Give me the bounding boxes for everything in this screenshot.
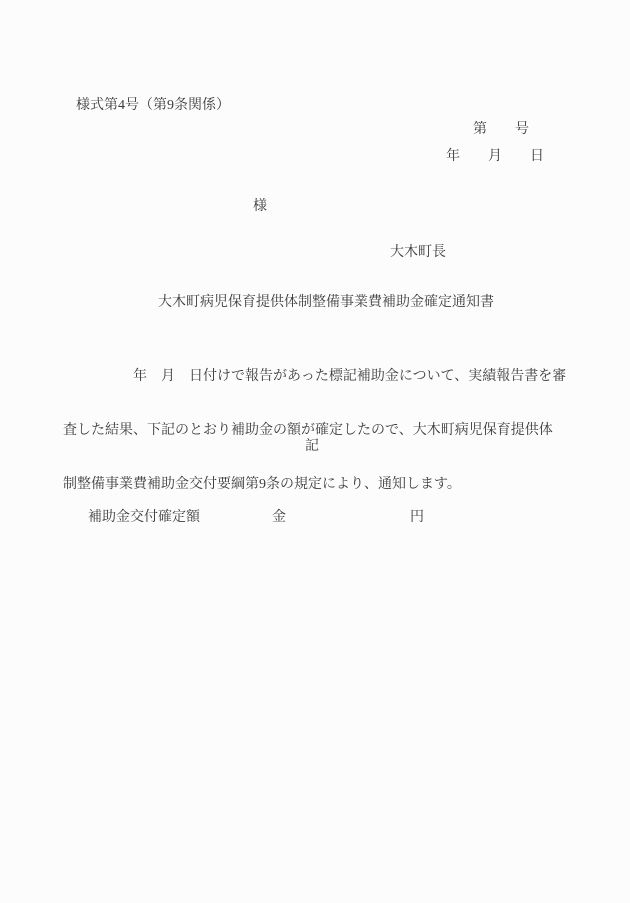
form-number-line: 様式第4号（第9条関係） xyxy=(76,99,230,113)
body-line-3: 制整備事業費補助金交付要綱第9条の規定により、通知します。 xyxy=(63,472,573,498)
document-page: 様式第4号（第9条関係） 第 号 年 月 日 様 大木町長 大木町病児保育提供体… xyxy=(0,0,630,903)
amount-currency-suffix: 円 xyxy=(410,511,424,525)
amount-currency-prefix: 金 xyxy=(272,511,286,525)
body-line-1: 年 月 日付けで報告があった標記補助金について、実績報告書を審 xyxy=(63,364,573,390)
amount-label: 補助金交付確定額 xyxy=(88,511,200,525)
addressee-honorific: 様 xyxy=(253,200,267,214)
ki-section-marker: 記 xyxy=(305,440,319,454)
document-number-blank-line: 第 号 xyxy=(473,123,529,137)
date-blank-line: 年 月 日 xyxy=(446,150,544,164)
document-title: 大木町病児保育提供体制整備事業費補助金確定通知書 xyxy=(158,296,494,310)
sender-name: 大木町長 xyxy=(390,246,446,260)
body-paragraph: 年 月 日付けで報告があった標記補助金について、実績報告書を審 査した結果、下記… xyxy=(63,336,573,526)
